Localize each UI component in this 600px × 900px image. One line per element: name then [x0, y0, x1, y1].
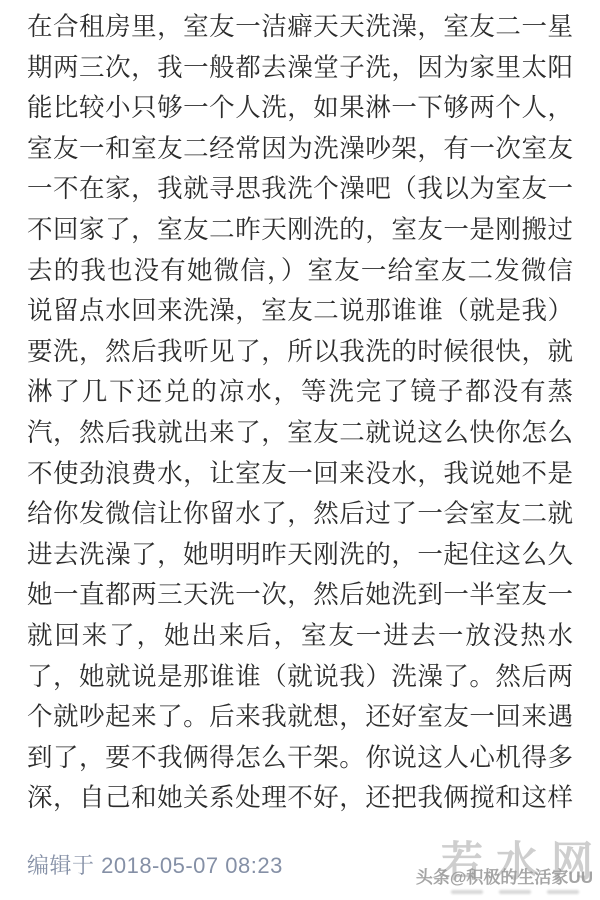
post-footer: 编辑于 2018-05-07 08:23 — [27, 849, 600, 880]
text-line: 室友一和室友二经常因为洗澡吵架，有一次室友 — [27, 129, 573, 170]
text-line: 淋了几下还兑的凉水，等洗完了镜子都没有蒸 — [27, 372, 573, 413]
text-line: 不使劲浪费水，让室友一回来没水，我说她不是 — [27, 454, 573, 495]
post-page: 在合租房里，室友一洁癖天天洗澡，室友二一星 期两三次，我一般都去澡堂子洗，因为家… — [0, 0, 600, 900]
watermark-smudge — [547, 890, 579, 894]
text-line: 能比较小只够一个人洗，如果淋一下够两个人， — [27, 88, 573, 129]
post-body: 在合租房里，室友一洁癖天天洗澡，室友二一星 期两三次，我一般都去澡堂子洗，因为家… — [0, 0, 600, 819]
text-line: 去的我也没有她微信，）室友一给室友二发微信 — [27, 251, 573, 292]
text-line: 一不在家，我就寻思我洗个澡吧（我以为室友一 — [27, 169, 573, 210]
watermark-smudges — [416, 890, 579, 894]
watermark-smudge — [451, 890, 483, 894]
text-line: 说留点水回来洗澡，室友二说那谁谁（就是我） — [27, 291, 573, 332]
text-line: 深，自己和她关系处理不好，还把我俩搅和这样 — [27, 778, 573, 819]
watermark-smudge — [499, 890, 531, 894]
text-line: 要洗，然后我听见了，所以我洗的时候很快，就 — [27, 332, 573, 373]
edit-timestamp: 编辑于 2018-05-07 08:23 — [27, 853, 283, 878]
text-line: 给你发微信让你留水了，然后过了一会室友二就 — [27, 494, 573, 535]
text-line: 就回来了，她出来后，室友一进去一放没热水 — [27, 616, 573, 657]
text-line: 她一直都两三天洗一次，然后她洗到一半室友一 — [27, 575, 573, 616]
text-line: 进去洗澡了，她明明昨天刚洗的，一起住这么久 — [27, 535, 573, 576]
text-line: 了，她就说是那谁谁（就说我）洗澡了。然后两 — [27, 657, 573, 698]
text-line: 汽，然后我就出来了，室友二就说这么快你怎么 — [27, 413, 573, 454]
text-line: 在合租房里，室友一洁癖天天洗澡，室友二一星 — [27, 7, 573, 48]
text-line: 到了，要不我俩得怎么干架。你说这人心机得多 — [27, 738, 573, 779]
text-line: 期两三次，我一般都去澡堂子洗，因为家里太阳 — [27, 48, 573, 89]
text-line: 不回家了，室友二昨天刚洗的，室友一是刚搬过 — [27, 210, 573, 251]
text-line: 个就吵起来了。后来我就想，还好室友一回来遇 — [27, 697, 573, 738]
